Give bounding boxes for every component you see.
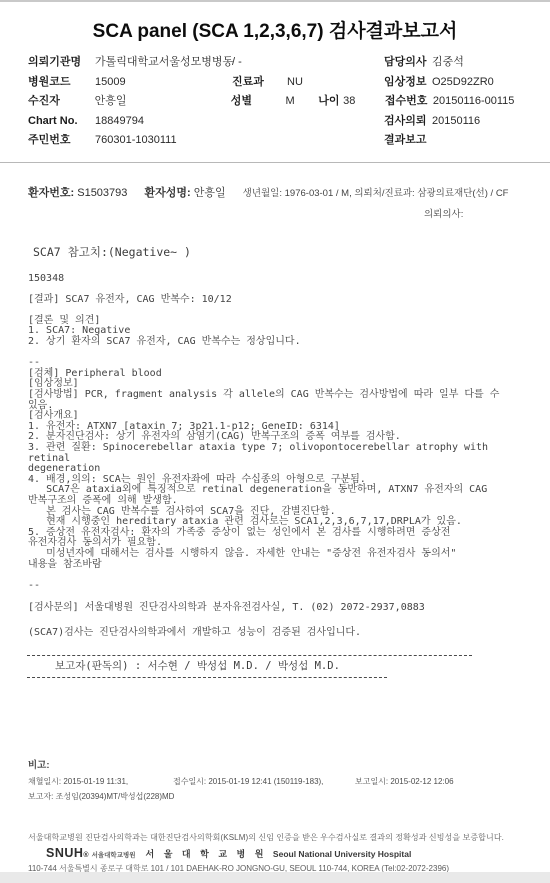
contact-line: [검사문의] 서울대병원 진단검사의학과 분자유전검사실, T. (02) 20… <box>28 595 533 620</box>
header-right-4: 검사의뢰 20150116 <box>384 112 524 132</box>
patient-name-label: 환자성명: <box>144 187 190 199</box>
report-time: 보고일시: 2015-02-12 12:06 <box>355 776 532 787</box>
reference-range-title: SCA7 참고치:(Negative~ ) <box>33 244 550 260</box>
chart-no-label: Chart No. <box>28 112 95 132</box>
age-label: 나이 <box>318 92 343 112</box>
patient-number-value: S1503793 <box>77 187 127 199</box>
sex-value: M <box>285 92 318 112</box>
hospital-logo-line: SNUH ® 서울대학교병원 서 울 대 학 교 병 원 Seoul Natio… <box>46 846 536 860</box>
report-line: 3. 관련 질환: Spinocerebellar ataxia type 7;… <box>28 443 533 464</box>
hospital-name-korean: 서 울 대 학 교 병 원 <box>146 847 267 860</box>
reporter-signature-line: 보고자(판독의) : 서수현 / 박성섭 M.D. / 박성섭 M.D. <box>55 656 550 677</box>
test-request-value: 20150116 <box>432 112 480 132</box>
sex-label: 성별 <box>231 92 286 112</box>
header-right-3: 접수번호 20150116-00115 <box>385 92 524 112</box>
header-right-2: 임상정보 O25D92ZR0 <box>384 73 524 93</box>
attending-doctor-value: 김중석 <box>432 53 464 73</box>
top-border <box>0 0 550 2</box>
test-request-label: 검사의뢰 <box>384 112 432 132</box>
report-line: 반복구조의 증폭에 의해 발생함. <box>28 496 533 507</box>
org-extra: / - <box>232 53 242 73</box>
remark-times-row: 채혈일시: 2015-01-19 11:31, 접수일시: 2015-01-19… <box>28 776 532 787</box>
patient-name-value: 안흥일 <box>194 187 226 199</box>
report-line: [결과] SCA7 유전자, CAG 반복수: 10/12 <box>28 295 533 306</box>
receipt-time: 접수일시: 2015-01-19 12:41 (150119-183), <box>173 776 355 787</box>
birth-info: 생년월일: 1976-03-01 / M, 의뢰처/진료과: 삼광의료재단(선)… <box>243 188 509 199</box>
header-row-5: 주민번호 760301-1030111 결과보고 <box>28 131 524 151</box>
header-row-1: 의뢰기관명 가톨릭대학교서울성모병병동 / - 담당의사 김중석 <box>28 53 524 73</box>
hospital-code-label: 병원코드 <box>28 73 95 93</box>
header-right-1: 담당의사 김중석 <box>384 53 524 73</box>
hospital-name-english: Seoul National University Hospital <box>273 849 411 859</box>
report-line: -- <box>28 581 533 592</box>
referring-doctor-label: 의뢰의사: <box>424 206 550 220</box>
report-line: [검사방법] PCR, fragment analysis 각 allele의 … <box>28 390 533 401</box>
resident-number-label: 주민번호 <box>28 131 95 151</box>
remark-section: 비고: 채혈일시: 2015-01-19 11:31, 접수일시: 2015-0… <box>28 757 532 802</box>
receipt-number-value: 20150116-00115 <box>433 92 515 112</box>
hospital-code-value: 15009 <box>95 73 232 93</box>
report-line: 150348 <box>28 274 533 285</box>
department-value: NU <box>287 73 303 93</box>
report-line <box>28 348 533 359</box>
examinee-value: 안흥일 <box>95 92 231 112</box>
blood-draw-time: 채혈일시: 2015-01-19 11:31, <box>28 776 173 787</box>
age-value: 38 <box>343 92 385 112</box>
resident-number-value: 760301-1030111 <box>95 131 232 151</box>
report-line: 미성년자에 대해서는 검사를 시행하지 않음. 자세한 안내는 "증상전 유전자… <box>28 549 533 560</box>
examinee-label: 수진자 <box>28 92 95 112</box>
report-page: SCA panel (SCA 1,2,3,6,7) 검사결과보고서 의뢰기관명 … <box>0 0 550 883</box>
report-line: 내용을 참조바람 <box>28 560 533 571</box>
report-line <box>28 305 533 316</box>
header-row-3: 수진자 안흥일 성별 M 나이 38 접수번호 20150116-00115 <box>28 92 524 112</box>
report-line: [검체] Peripheral blood <box>28 369 533 380</box>
clinical-info-value: O25D92ZR0 <box>432 73 494 93</box>
bottom-scan-band <box>0 872 550 883</box>
report-line <box>28 570 533 581</box>
org-label: 의뢰기관명 <box>28 53 95 73</box>
dashed-divider-bottom <box>27 677 387 678</box>
header-row-2: 병원코드 15009 진료과 NU 임상정보 O25D92ZR0 <box>28 73 524 93</box>
header-row-4: Chart No. 18849794 검사의뢰 20150116 <box>28 112 524 132</box>
chart-no-value: 18849794 <box>95 112 232 132</box>
result-report-label: 결과보고 <box>384 131 432 151</box>
remark-reporter: 보고자: 조성임(20394)MT/박성섭(228)MD <box>28 791 532 802</box>
attending-doctor-label: 담당의사 <box>384 53 432 73</box>
patient-identity-line: 환자번호: S1503793 환자성명: 안흥일 생년월일: 1976-03-0… <box>28 184 550 200</box>
org-value: 가톨릭대학교서울성모병병동 <box>95 53 232 73</box>
receipt-number-label: 접수번호 <box>385 92 433 112</box>
contact-line: (SCA7)검사는 진단검사의학과에서 개발하고 성능이 검증된 검사입니다. <box>28 620 533 645</box>
clinical-info-label: 임상정보 <box>384 73 432 93</box>
header-divider <box>0 162 550 163</box>
report-line: 있음. <box>28 401 533 412</box>
report-title: SCA panel (SCA 1,2,3,6,7) 검사결과보고서 <box>0 16 550 43</box>
hospital-name-small: 서울대학교병원 <box>92 850 136 859</box>
department-label: 진료과 <box>232 73 287 93</box>
remark-label: 비고: <box>28 757 532 771</box>
report-contact: [검사문의] 서울대병원 진단검사의학과 분자유전검사실, T. (02) 20… <box>28 595 533 645</box>
registered-mark-icon: ® <box>83 852 88 859</box>
header-info: 의뢰기관명 가톨릭대학교서울성모병병동 / - 담당의사 김중석 병원코드 15… <box>28 53 550 151</box>
report-line: 2. 상기 환자의 SCA7 유전자, CAG 반복수는 정상입니다. <box>28 337 533 348</box>
footer-section: 서울대학교병원 진단검사의학과는 대한진단검사의학회(KSLM)의 신임 인증을… <box>28 832 536 874</box>
header-right-5: 결과보고 <box>384 131 524 151</box>
accreditation-statement: 서울대학교병원 진단검사의학과는 대한진단검사의학회(KSLM)의 신임 인증을… <box>28 832 536 843</box>
patient-number-label: 환자번호: <box>28 187 74 199</box>
report-body: 150348 [결과] SCA7 유전자, CAG 반복수: 10/12 [결론… <box>28 274 533 592</box>
snuh-logo: SNUH <box>46 846 83 860</box>
